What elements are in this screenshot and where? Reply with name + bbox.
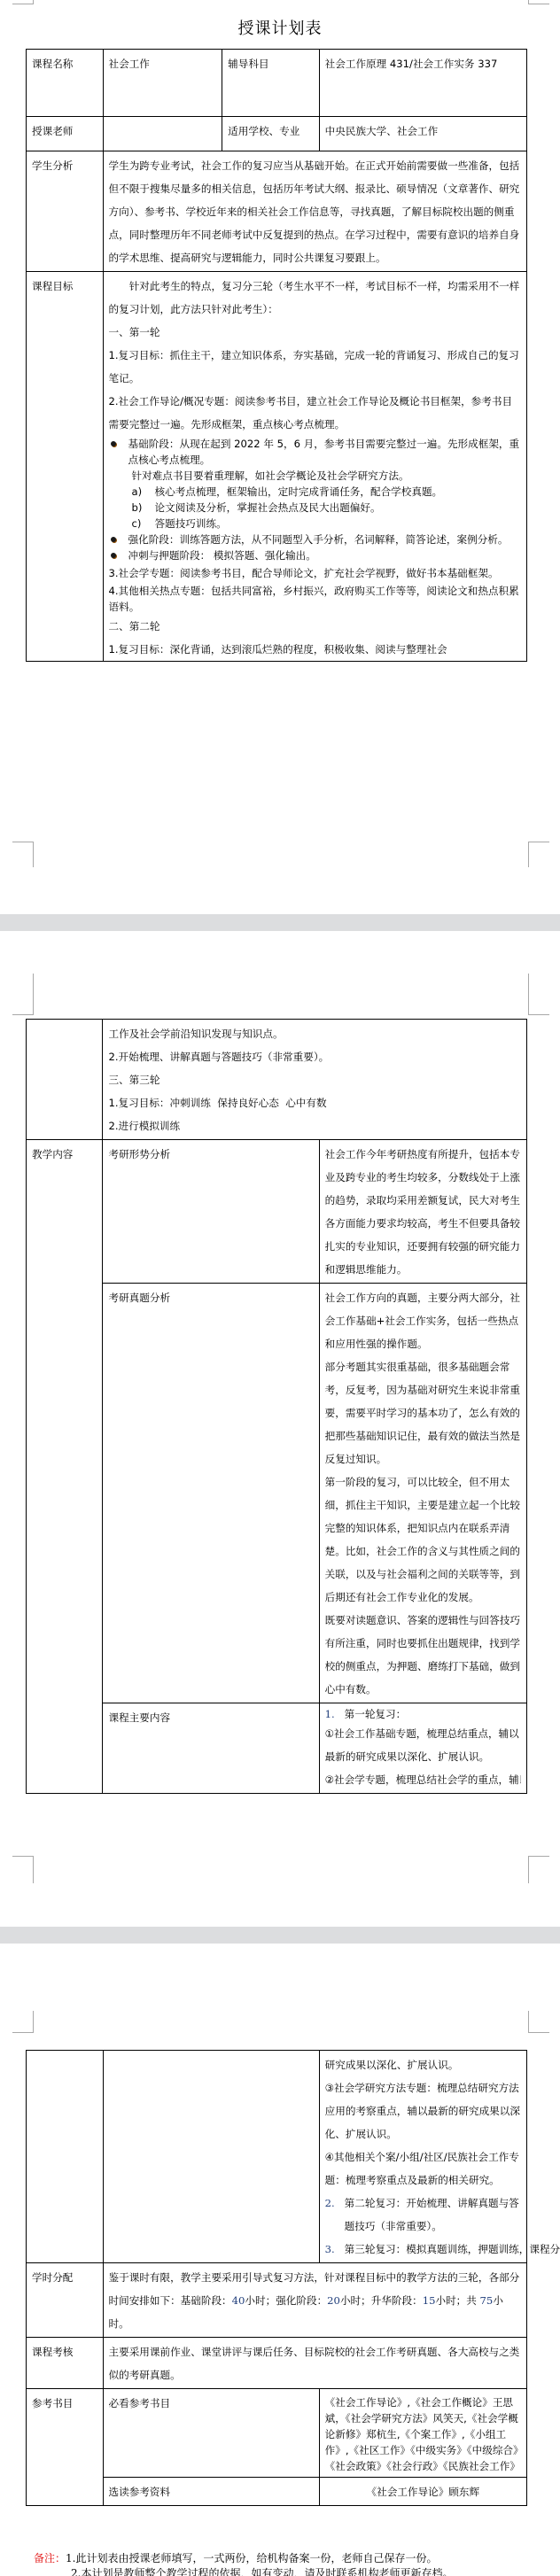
course-goal-label: 课程目标 — [27, 272, 104, 662]
row-teaching-situation: 教学内容 考研形势分析 社会工作今年考研热度有所提升，包括本专业及跨专业的考生均… — [27, 1140, 527, 1284]
sublimation-hours: 15 — [423, 2294, 436, 2307]
main-content-round3: 3. 第三轮复习：模拟真题训练，押题训练，课程分配。 — [325, 2238, 521, 2261]
round3-heading: 三、第三轮 — [108, 1068, 521, 1091]
total-hours: 75 — [480, 2294, 494, 2307]
assessment-label: 课程考核 — [27, 2338, 104, 2389]
round1-heading: 一、第一轮 — [109, 321, 522, 344]
round2-item-1-part1: 1.复习目标：深化背诵，达到滚瓜烂熟的程度，积极收集、阅读与整理社会 — [109, 638, 522, 661]
sub-item-a: a) 核心考点梳理，框架输出，定时完成背诵任务，配合学校真题。 — [109, 484, 522, 500]
remarks: 备注：1.此计划表由授课老师填写，一式两份，给机构备案一份，老师自己保存一份。 … — [34, 2551, 453, 2576]
page-gap — [0, 914, 560, 931]
main-content-text-cont: 研究成果以深化、扩展认识。 ③社会学研究方法专题：梳理总结研究方法应用的考察重点… — [319, 2051, 526, 2263]
subject-label: 辅导科目 — [222, 50, 319, 117]
references-label: 参考书目 — [27, 2389, 104, 2506]
subject-value: 社会工作原理 431/社会工作实务 337 — [319, 50, 526, 117]
hours-text: 鉴于课时有限，教学主要采用引导式复习方法，针对课程目标中的教学方法的三轮，各部分… — [103, 2263, 527, 2338]
crop-mark — [528, 0, 549, 4]
school-label: 适用学校、专业 — [222, 117, 319, 151]
main-content-c4: ④其他相关个案/小组/社区/民族社会工作专题：梳理考察重点及最新的相关研究。 — [325, 2145, 521, 2192]
main-content-round1: 1. 第一轮复习： — [325, 1706, 521, 1722]
round1-item-2: 2.社会工作导论/概况专题：阅读参考书目，建立社会工作导论及概论书目框架，参考书… — [109, 390, 522, 436]
main-content-c2-part1: ②社会学专题，梳理总结社会学的重点，辅以最新的 — [325, 1768, 521, 1791]
crop-mark — [12, 974, 34, 1015]
main-content-label: 课程主要内容 — [103, 1703, 319, 1794]
sub-item-c: c) 答题技巧训练。 — [109, 516, 522, 531]
crop-mark — [12, 0, 34, 4]
round2-heading: 二、第二轮 — [109, 615, 522, 638]
row-course-goal-cont: 工作及社会学前沿知识发现与知识点。 2.开始梳理、讲解真题与答题技巧（非常重要）… — [27, 1020, 527, 1140]
bullet-dot-icon — [109, 547, 128, 563]
row-assessment: 课程考核 主要采用课前作业、课堂讲评与课后任务、目标院校的社会工作考研真题、各大… — [27, 2338, 527, 2389]
main-content-c2-part2: 研究成果以深化、扩展认识。 — [325, 2053, 521, 2076]
bullet-dot-icon — [109, 531, 128, 547]
past-exams-text: 社会工作方向的真题，主要分两大部分，社会工作基础+社会工作实务，包括一些热点和应… — [319, 1284, 526, 1703]
row-hours: 学时分配 鉴于课时有限，教学主要采用引导式复习方法，针对课程目标中的教学方法的三… — [27, 2263, 527, 2338]
crop-mark — [528, 842, 549, 867]
bullet-strengthen-stage: 强化阶段：训练答题方法，从不同题型入手分析，名词解释，简答论述，案例分析。 — [109, 531, 522, 547]
course-name-label: 课程名称 — [27, 50, 104, 117]
required-books-text: 《社会工作导论》,《社会工作概论》王思斌，《社会学研究方法》风笑天,《社会学概论… — [319, 2389, 526, 2478]
bullet-dot-icon — [109, 436, 128, 468]
teaching-content-label: 教学内容 — [27, 1140, 103, 1794]
round2-item-1-part2: 工作及社会学前沿知识发现与知识点。 — [108, 1022, 521, 1045]
row-course-name: 课程名称 社会工作 辅导科目 社会工作原理 431/社会工作实务 337 — [27, 50, 527, 117]
past-exams-p1: 社会工作方向的真题，主要分两大部分，社会工作基础+社会工作实务，包括一些热点和应… — [325, 1286, 521, 1355]
remark-line-2: 2.本计划是教师整个教学过程的依据，如有变动，请及时联系机构老师更新存档。 — [34, 2566, 453, 2576]
situation-label: 考研形势分析 — [103, 1140, 319, 1284]
empty-cell — [27, 2051, 104, 2263]
main-content-text: 1. 第一轮复习： ①社会工作基础专题，梳理总结重点，辅以最新的研究成果以深化、… — [319, 1703, 526, 1794]
crop-mark — [12, 1856, 34, 1883]
round1-item-1: 1.复习目标：抓住主干，建立知识体系，夯实基础，完成一轮的背诵复习、形成自己的复… — [109, 344, 522, 390]
empty-cell — [103, 2051, 319, 2263]
optional-books-label: 选读参考资料 — [103, 2478, 319, 2506]
row-teacher: 授课老师 适用学校、专业 中央民族大学、社会工作 — [27, 117, 527, 151]
crop-mark — [12, 2011, 34, 2033]
crop-mark — [528, 2011, 549, 2033]
optional-books-text: 《社会工作导论》顾东辉 — [319, 2478, 526, 2506]
teacher-value — [103, 117, 222, 151]
required-books-label: 必看参考书目 — [103, 2389, 319, 2478]
basic-hours: 40 — [232, 2294, 245, 2307]
main-content-c3: ③社会学研究方法专题：梳理总结研究方法应用的考察重点，辅以最新的研究成果以深化、… — [325, 2076, 521, 2145]
plan-table-page-2: 工作及社会学前沿知识发现与知识点。 2.开始梳理、讲解真题与答题技巧（非常重要）… — [26, 1019, 527, 1794]
empty-cell — [27, 1020, 103, 1140]
row-main-content-cont: 研究成果以深化、扩展认识。 ③社会学研究方法专题：梳理总结研究方法应用的考察重点… — [27, 2051, 527, 2263]
student-analysis-label: 学生分析 — [27, 151, 104, 272]
remark-line-1: 备注：1.此计划表由授课老师填写，一式两份，给机构备案一份，老师自己保存一份。 — [34, 2551, 453, 2566]
main-content-c1: ①社会工作基础专题，梳理总结重点，辅以最新的研究成果以深化、扩展认识。 — [325, 1722, 521, 1768]
page-1: 授课计划表 课程名称 社会工作 辅导科目 社会工作原理 431/社会工作实务 3… — [0, 0, 560, 914]
row-course-goal: 课程目标 针对此考生的特点，复习分三轮（考生水平不一样，考试目标不一样，均需采用… — [27, 272, 527, 662]
course-goal-intro: 针对此考生的特点，复习分三轮（考生水平不一样，考试目标不一样，均需采用不一样的复… — [109, 275, 522, 321]
teacher-label: 授课老师 — [27, 117, 104, 151]
plan-table-page-1: 课程名称 社会工作 辅导科目 社会工作原理 431/社会工作实务 337 授课老… — [26, 49, 527, 662]
round2-item-2: 2.开始梳理、讲解真题与答题技巧（非常重要）。 — [108, 1045, 521, 1068]
situation-text: 社会工作今年考研热度有所提升，包括本专业及跨专业的考生均较多，分数线处于上涨的趋… — [319, 1140, 526, 1284]
remark-label: 备注： — [34, 2552, 66, 2564]
course-goal-content-cont: 工作及社会学前沿知识发现与知识点。 2.开始梳理、讲解真题与答题技巧（非常重要）… — [103, 1020, 527, 1140]
assessment-text: 主要采用课前作业、课堂讲评与课后任务、目标院校的社会工作考研真题、各大高校与之类… — [103, 2338, 527, 2389]
course-goal-content: 针对此考生的特点，复习分三轮（考生水平不一样，考试目标不一样，均需采用不一样的复… — [103, 272, 527, 662]
plan-table-page-3: 研究成果以深化、扩展认识。 ③社会学研究方法专题：梳理总结研究方法应用的考察重点… — [26, 2050, 527, 2506]
strengthen-hours: 20 — [327, 2294, 340, 2307]
bullet-basic-stage: 基础阶段：从现在起到 2022 年 5，6 月，参考书目需要完整过一遍。先形成框… — [109, 436, 522, 468]
past-exams-p4: 既要对读题意识、答案的逻辑性与回答技巧有所注重，同时也要抓住出题规律，找到学校的… — [325, 1609, 521, 1701]
past-exams-p3: 第一阶段的复习，可以比较全，但不用太细，抓住主干知识，主要是建立起一个比较完整的… — [325, 1470, 521, 1609]
past-exams-label: 考研真题分析 — [103, 1284, 319, 1703]
round3-item-1: 1.复习目标：冲刺训练 保持良好心态 心中有数 — [108, 1091, 521, 1114]
sub-item-b: b) 论文阅读及分析，掌握社会热点及民大出题偏好。 — [109, 500, 522, 516]
row-student-analysis: 学生分析 学生为跨专业考试，社会工作的复习应当从基础开始。在正式开始前需要做一些… — [27, 151, 527, 272]
round3-item-2: 2.进行模拟训练 — [108, 1114, 521, 1137]
round1-item-4: 4.其他相关热点专题：包括共同富裕，乡村振兴，政府购买工作等等，阅读论文和热点积… — [109, 583, 522, 615]
page-3: 研究成果以深化、扩展认识。 ③社会学研究方法专题：梳理总结研究方法应用的考察重点… — [0, 1944, 560, 2576]
hours-label: 学时分配 — [27, 2263, 104, 2338]
bullet-sprint-stage: 冲刺与押题阶段： 模拟答题、强化输出。 — [109, 547, 522, 563]
row-references-required: 参考书目 必看参考书目 《社会工作导论》,《社会工作概论》王思斌，《社会学研究方… — [27, 2389, 527, 2478]
main-content-round2: 2. 第二轮复习：开始梳理、讲解真题与答题技巧（非常重要）。 — [325, 2192, 521, 2238]
page-gap — [0, 1927, 560, 1944]
crop-mark — [528, 974, 549, 1015]
document-title: 授课计划表 — [0, 16, 560, 39]
crop-mark — [12, 842, 34, 867]
round1-item-3: 3.社会学专题：阅读参考书目，配合导师论文，扩充社会学视野，做好书本基础框架。 — [109, 565, 522, 581]
student-analysis-text: 学生为跨专业考试，社会工作的复习应当从基础开始。在正式开始前需要做一些准备，包括… — [103, 151, 527, 272]
page-2: 工作及社会学前沿知识发现与知识点。 2.开始梳理、讲解真题与答题技巧（非常重要）… — [0, 931, 560, 1927]
crop-mark — [528, 1856, 549, 1883]
course-name-value: 社会工作 — [103, 50, 222, 117]
past-exams-p2: 部分考题其实很重基础，很多基础题会常考，反复考，因为基础对研究生来说非常重要，需… — [325, 1355, 521, 1470]
bullet-basic-stage-extra: 针对难点书目要着重理解，如社会学概论及社会学研究方法。 — [109, 468, 522, 484]
school-value: 中央民族大学、社会工作 — [319, 117, 526, 151]
